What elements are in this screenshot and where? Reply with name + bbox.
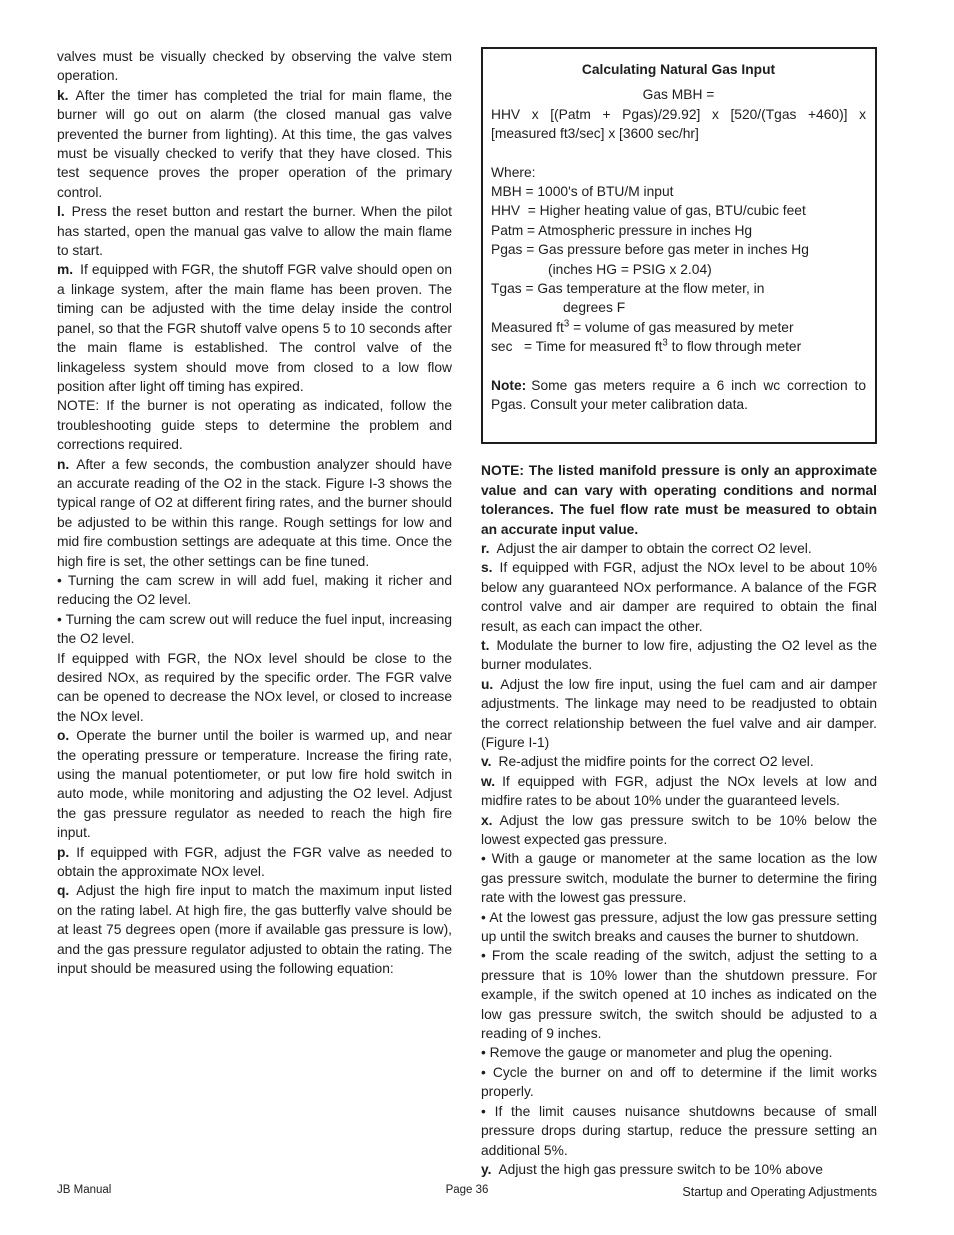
paragraph-text: After the timer has completed the trial … — [57, 88, 452, 200]
paragraph-intro: valves must be visually checked by obser… — [57, 47, 452, 86]
paragraph-text: • Cycle the burner on and off to determi… — [481, 1065, 877, 1099]
paragraph-text: Operate the burner until the boiler is w… — [57, 728, 452, 840]
paragraph-lead: n. — [57, 457, 69, 472]
note-text: Some gas meters require a 6 inch wc corr… — [491, 378, 866, 412]
bullet-item: • Remove the gauge or manometer and plug… — [481, 1043, 877, 1062]
paragraph-lead: k. — [57, 88, 69, 103]
paragraph-text: If equipped with FGR, adjust the NOx lev… — [481, 774, 877, 808]
paragraph-text: Adjust the high fire input to match the … — [57, 883, 452, 976]
definition-line: HHV = Higher heating value of gas, BTU/c… — [491, 201, 866, 220]
paragraph-text: Adjust the high gas pressure switch to b… — [498, 1162, 822, 1177]
paragraph-fgr-nox: If equipped with FGR, the NOx level shou… — [57, 649, 452, 727]
paragraph-text: If equipped with FGR, the shutoff FGR va… — [57, 262, 452, 393]
paragraph-y: y.Adjust the high gas pressure switch to… — [481, 1160, 877, 1179]
paragraph-l: l.Press the reset button and restart the… — [57, 202, 452, 260]
paragraph-text: Adjust the low gas pressure switch to be… — [481, 813, 877, 847]
paragraph-lead: v. — [481, 754, 491, 769]
paragraph-lead: p. — [57, 845, 69, 860]
where-label: Where: — [491, 163, 866, 182]
box-title: Calculating Natural Gas Input — [491, 60, 866, 79]
right-column: Calculating Natural Gas Input Gas MBH = … — [481, 47, 877, 1179]
paragraph-text: Adjust the low fire input, using the fue… — [481, 677, 877, 750]
paragraph-lead: s. — [481, 560, 493, 575]
box-note: Note:Some gas meters require a 6 inch wc… — [491, 376, 866, 415]
paragraph-text: • At the lowest gas pressure, adjust the… — [481, 910, 877, 944]
paragraph-text: If equipped with FGR, the NOx level shou… — [57, 651, 452, 724]
paragraph-lead: y. — [481, 1162, 491, 1177]
bullet-item: • Turning the cam screw in will add fuel… — [57, 571, 452, 610]
paragraph-lead: t. — [481, 638, 489, 653]
paragraph-lead: o. — [57, 728, 69, 743]
paragraph-text: Re-adjust the midfire points for the cor… — [498, 754, 813, 769]
paragraph-w: w.If equipped with FGR, adjust the NOx l… — [481, 772, 877, 811]
definition-line: MBH = 1000's of BTU/M input — [491, 182, 866, 201]
paragraph-u: u.Adjust the low fire input, using the f… — [481, 675, 877, 753]
paragraph-text: • Turning the cam screw out will reduce … — [57, 612, 452, 646]
paragraph-q: q.Adjust the high fire input to match th… — [57, 881, 452, 978]
page-footer: JB Manual Page 36 Startup and Operating … — [57, 1180, 877, 1200]
paragraph-m: m.If equipped with FGR, the shutoff FGR … — [57, 260, 452, 396]
bullet-item: • If the limit causes nuisance shutdowns… — [481, 1102, 877, 1160]
definition-line: Pgas = Gas pressure before gas meter in … — [491, 240, 866, 259]
paragraph-text: • If the limit causes nuisance shutdowns… — [481, 1104, 877, 1158]
definition-text: to flow through meter — [668, 339, 801, 354]
section-title: Startup and Operating Adjustments — [604, 1183, 877, 1202]
bullet-item: • With a gauge or manometer at the same … — [481, 849, 877, 907]
paragraph-text: If equipped with FGR, adjust the FGR val… — [57, 845, 452, 879]
definition-text: = volume of gas measured by meter — [569, 320, 793, 335]
paragraph-text: Press the reset button and restart the b… — [57, 204, 452, 258]
definition-line: Tgas = Gas temperature at the flow meter… — [491, 279, 866, 298]
bullet-item: • From the scale reading of the switch, … — [481, 946, 877, 1043]
paragraph-lead: l. — [57, 204, 65, 219]
definition-text: sec = Time for measured ft — [491, 339, 662, 354]
paragraph-text: NOTE: If the burner is not operating as … — [57, 398, 452, 452]
page-number: Page 36 — [330, 1181, 603, 1200]
paragraph-o: o.Operate the burner until the boiler is… — [57, 726, 452, 842]
definition-line-indented: degrees F — [491, 298, 866, 317]
paragraph-lead: m. — [57, 262, 73, 277]
measured-ft3-line: Measured ft3 = volume of gas measured by… — [491, 318, 866, 337]
paragraph-text: valves must be visually checked by obser… — [57, 49, 452, 83]
formula-heading: Gas MBH = — [491, 85, 866, 104]
paragraph-k: k.After the timer has completed the tria… — [57, 86, 452, 202]
bullet-item: • Cycle the burner on and off to determi… — [481, 1063, 877, 1102]
paragraph-text: • Turning the cam screw in will add fuel… — [57, 573, 452, 607]
page-body: valves must be visually checked by obser… — [57, 47, 877, 1179]
paragraph-text: • From the scale reading of the switch, … — [481, 948, 877, 1041]
definition-text: Measured ft — [491, 320, 564, 335]
paragraph-lead: u. — [481, 677, 493, 692]
formula: HHV x [(Patm + Pgas)/29.92] x [520/(Tgas… — [491, 105, 866, 144]
paragraph-text: Modulate the burner to low fire, adjusti… — [481, 638, 877, 672]
paragraph-p: p.If equipped with FGR, adjust the FGR v… — [57, 843, 452, 882]
bullet-item: • At the lowest gas pressure, adjust the… — [481, 908, 877, 947]
paragraph-lead: x. — [481, 813, 493, 828]
definition-line-indented: (inches HG = PSIG x 2.04) — [491, 260, 866, 279]
paragraph-text: If equipped with FGR, adjust the NOx lev… — [481, 560, 877, 633]
paragraph-lead: w. — [481, 774, 495, 789]
paragraph-r: r.Adjust the air damper to obtain the co… — [481, 539, 877, 558]
paragraph-text: Adjust the air damper to obtain the corr… — [496, 541, 811, 556]
paragraph-t: t.Modulate the burner to low fire, adjus… — [481, 636, 877, 675]
paragraph-x: x.Adjust the low gas pressure switch to … — [481, 811, 877, 850]
paragraph-lead: r. — [481, 541, 489, 556]
sec-line: sec = Time for measured ft3 to flow thro… — [491, 337, 866, 356]
manifold-pressure-note: NOTE: The listed manifold pressure is on… — [481, 461, 877, 539]
paragraph-lead: q. — [57, 883, 69, 898]
left-column: valves must be visually checked by obser… — [57, 47, 452, 1179]
paragraph-s: s.If equipped with FGR, adjust the NOx l… — [481, 558, 877, 636]
note-lead: Note: — [491, 378, 526, 393]
bullet-item: • Turning the cam screw out will reduce … — [57, 610, 452, 649]
definition-line: Patm = Atmospheric pressure in inches Hg — [491, 221, 866, 240]
gas-input-calculation-box: Calculating Natural Gas Input Gas MBH = … — [481, 47, 877, 444]
paragraph-n: n.After a few seconds, the combustion an… — [57, 455, 452, 571]
paragraph-text: • With a gauge or manometer at the same … — [481, 851, 877, 905]
manual-name: JB Manual — [57, 1181, 330, 1200]
note-paragraph-left: NOTE: If the burner is not operating as … — [57, 396, 452, 454]
paragraph-text: • Remove the gauge or manometer and plug… — [481, 1045, 833, 1060]
paragraph-text: After a few seconds, the combustion anal… — [57, 457, 452, 569]
paragraph-v: v.Re-adjust the midfire points for the c… — [481, 752, 877, 771]
